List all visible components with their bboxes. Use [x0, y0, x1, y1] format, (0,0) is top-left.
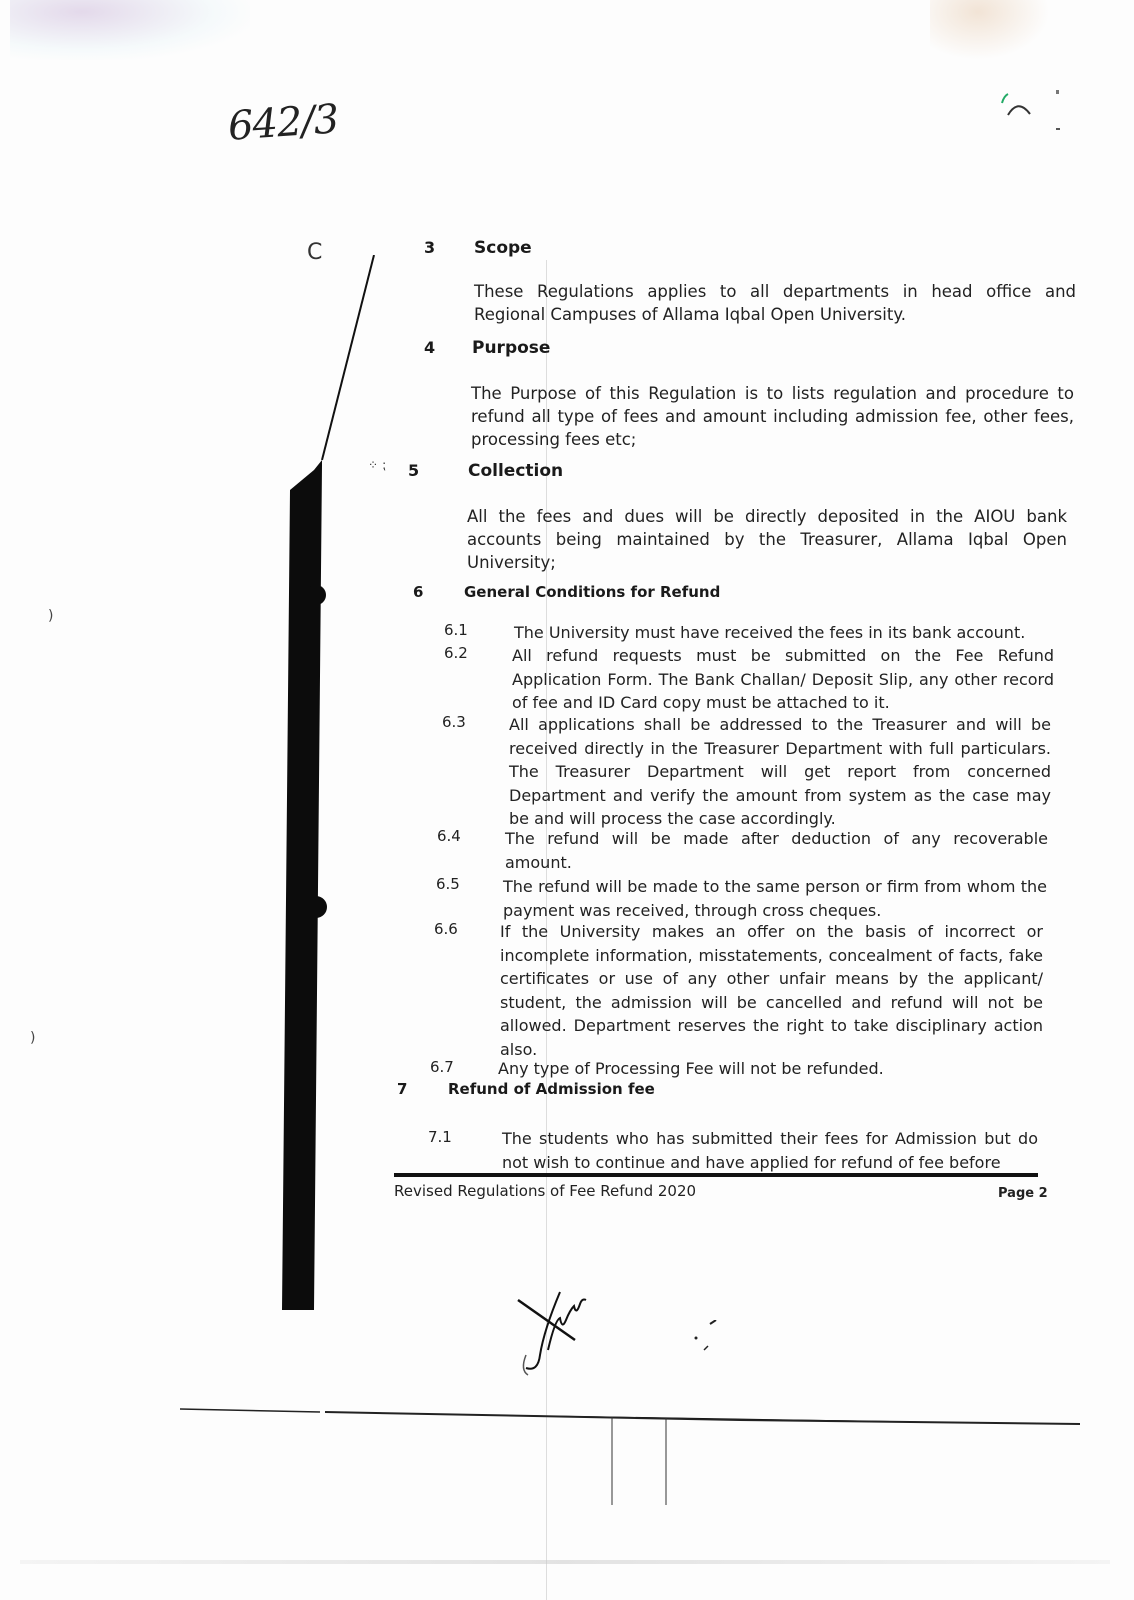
- footer-page-number: Page 2: [998, 1186, 1048, 1201]
- section-title-collection: Collection: [468, 461, 563, 481]
- scan-streak: [20, 1560, 1110, 1564]
- condition-item: The refund will be made after deduction …: [505, 827, 1048, 874]
- condition-item: Any type of Processing Fee will not be r…: [498, 1057, 1038, 1081]
- condition-item: The refund will be made to the same pers…: [503, 875, 1047, 922]
- section-number: 6: [413, 583, 423, 601]
- binder-edge-icon: [270, 255, 390, 1315]
- margin-mark: ): [30, 1030, 35, 1046]
- footer-document-title: Revised Regulations of Fee Refund 2020: [394, 1182, 696, 1200]
- section-number: 7: [397, 1080, 407, 1098]
- item-number: 6.7: [430, 1058, 454, 1076]
- section-body-scope: These Regulations applies to all departm…: [474, 280, 1076, 326]
- section-title-general-conditions: General Conditions for Refund: [464, 583, 720, 601]
- footer-rule: [394, 1173, 1038, 1177]
- margin-mark: ): [48, 608, 53, 624]
- section-number: 4: [424, 338, 435, 357]
- section-number: 5: [408, 461, 419, 480]
- condition-item: If the University makes an offer on the …: [500, 920, 1043, 1061]
- scan-marks-icon: [990, 70, 1070, 150]
- item-number: 6.5: [436, 875, 460, 893]
- item-number: 6.3: [442, 713, 466, 731]
- item-number: 6.4: [437, 827, 461, 845]
- handwritten-signature-icon: [500, 1260, 620, 1380]
- item-number: 6.1: [444, 621, 468, 639]
- scan-speckle: ⁘ ⁏: [368, 458, 386, 472]
- section-number: 3: [424, 238, 435, 257]
- section-title-admission-refund: Refund of Admission fee: [448, 1080, 655, 1098]
- page-edge-lines: [180, 1400, 1080, 1540]
- handwritten-reference-number: 642/3: [227, 96, 340, 150]
- section-title-scope: Scope: [474, 238, 532, 258]
- section-title-purpose: Purpose: [472, 338, 550, 358]
- section-body-purpose: The Purpose of this Regulation is to lis…: [471, 382, 1074, 451]
- section-body-collection: All the fees and dues will be directly d…: [467, 505, 1067, 574]
- item-number: 7.1: [428, 1128, 452, 1146]
- scan-artifact-top-right: [930, 0, 1050, 60]
- scan-speckle-icon: [690, 1320, 730, 1360]
- item-number: 6.2: [444, 644, 468, 662]
- condition-item: All applications shall be addressed to t…: [509, 713, 1051, 831]
- admission-refund-item: The students who has submitted their fee…: [502, 1127, 1038, 1174]
- condition-item: The University must have received the fe…: [514, 621, 1054, 645]
- condition-item: All refund requests must be submitted on…: [512, 644, 1054, 715]
- scan-artifact-top-left: [10, 0, 250, 60]
- item-number: 6.6: [434, 920, 458, 938]
